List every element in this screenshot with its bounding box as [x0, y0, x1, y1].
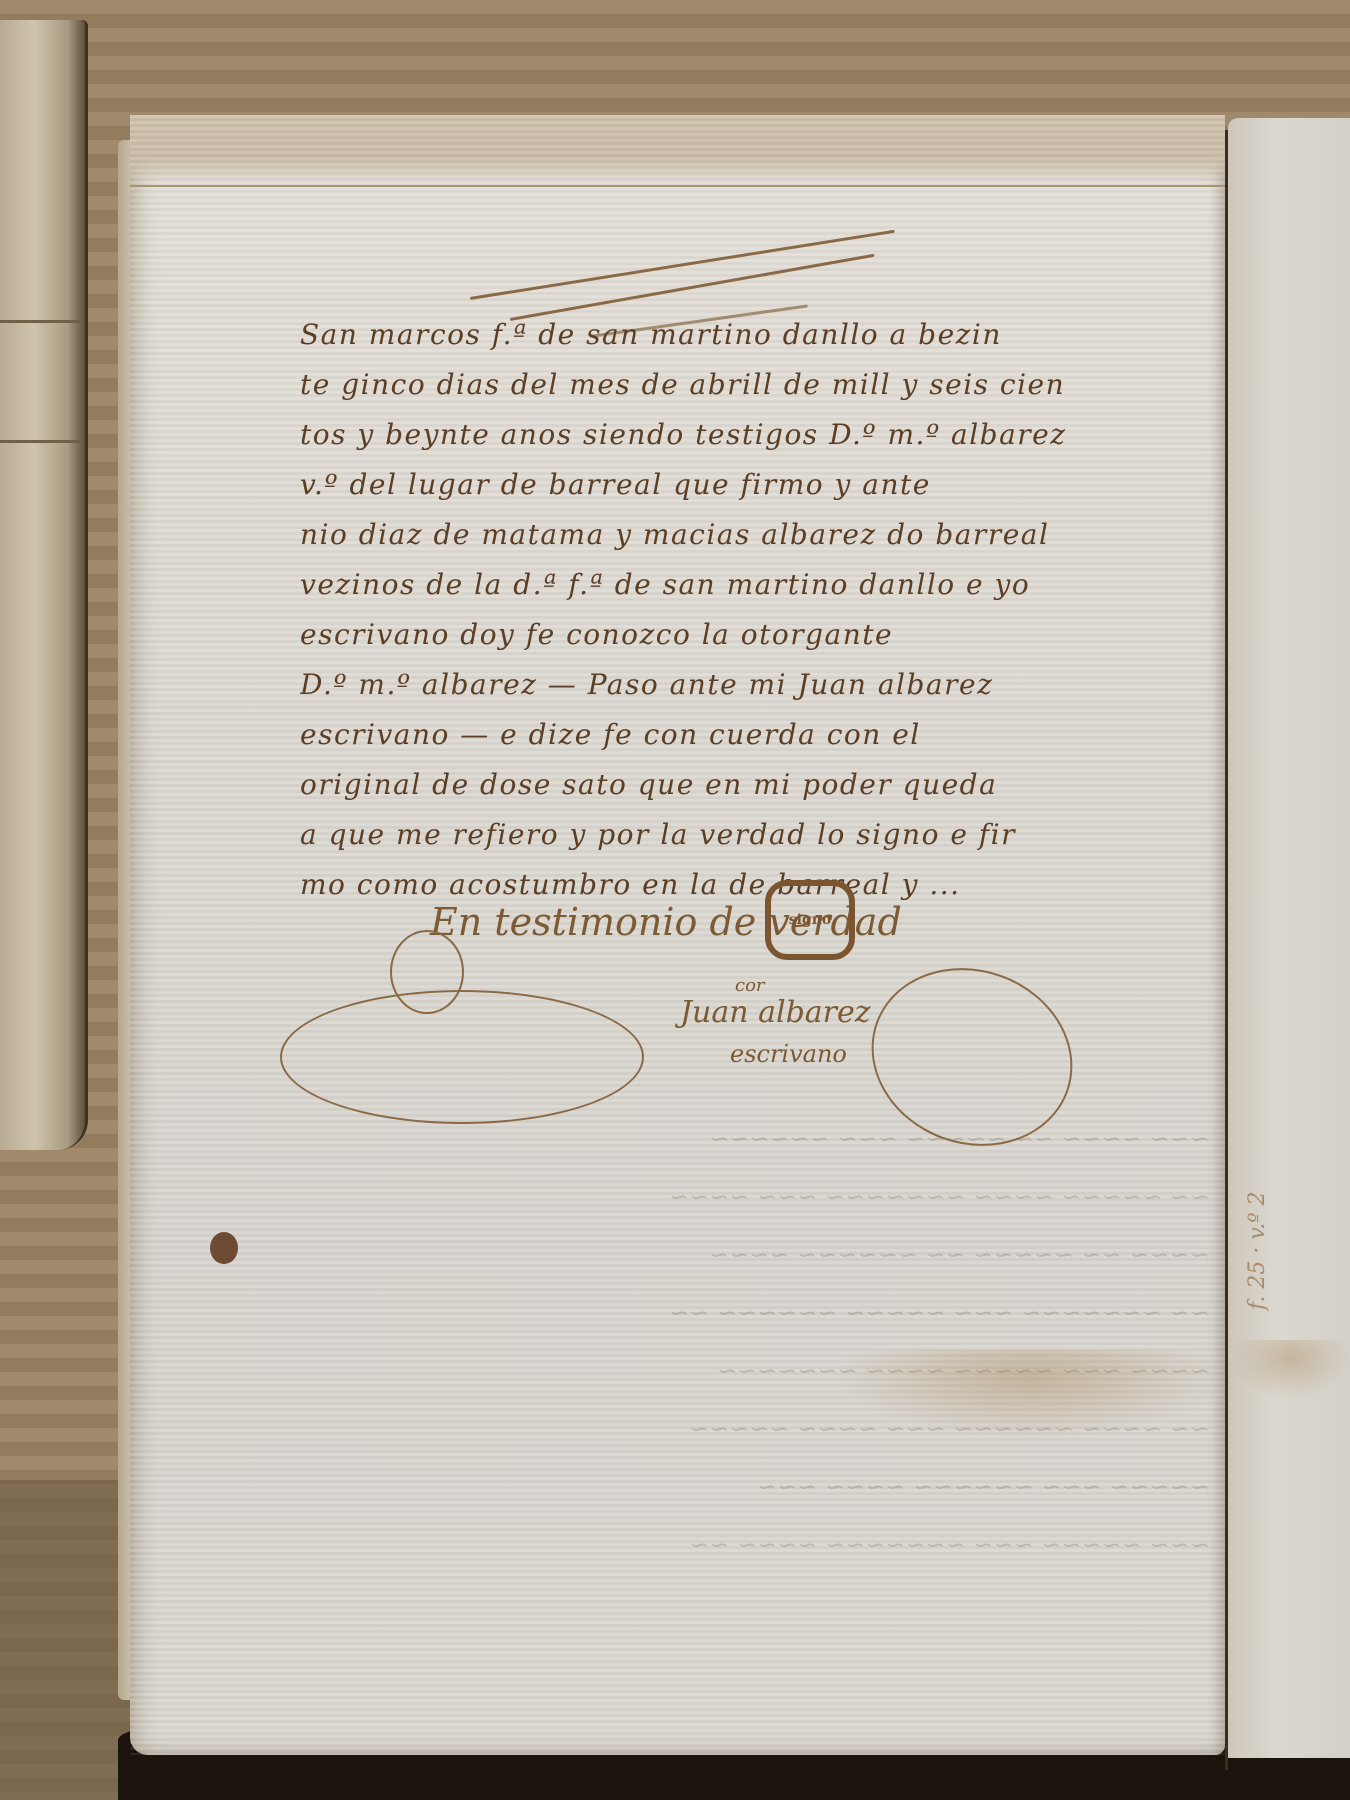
manuscript-line: tos y beynte anos siendo testigos D.º m.… — [300, 410, 1210, 460]
notary-sign-label: signo — [789, 912, 832, 928]
water-stain — [1230, 1340, 1350, 1400]
manuscript-line: vezinos de la d.ª f.ª de san martino dan… — [300, 560, 1210, 610]
bleed-line: ~~ ~~~~ ~~~~~~ ~~~ ~~~~ ~~~~~ — [230, 1400, 1210, 1458]
notary-sign-mark: signo — [765, 880, 855, 960]
bleed-line: ~~ ~~~~~~~ ~~~ ~~~~~ ~~~~~~ ~~ — [230, 1284, 1210, 1342]
manuscript-line: original de dose sato que en mi poder qu… — [300, 760, 1210, 810]
binding-string — [0, 440, 80, 443]
notary-signature-block: En testimonio de verdad signo cor Juan a… — [430, 880, 1220, 1140]
right-page-margin-note: f. 25 · v.º 2 — [1245, 970, 1335, 1310]
notary-name: Juan albarez — [680, 995, 871, 1030]
bleed-line: ~~~~ ~~~ ~~~~~ ~~~~ ~~~~~~~ — [230, 1342, 1210, 1400]
notary-title: escrivano — [730, 1040, 847, 1068]
manuscript-page-right — [1228, 118, 1350, 1758]
adjacent-document-stack — [0, 20, 88, 1150]
bleed-line: ~~ ~~~~~ ~~~~ ~~~~~~~ ~~~ ~~~~ — [230, 1168, 1210, 1226]
manuscript-line: San marcos f.ª de san martino danllo a b… — [300, 310, 1210, 360]
bleed-line: ~~~ ~~~~ ~~ ~~~~~ ~~~ ~~~~~~ — [230, 1110, 1210, 1168]
bleed-through-text: ~~~ ~~~~ ~~ ~~~~~ ~~~ ~~~~~~ ~~ ~~~~~ ~~… — [230, 1110, 1210, 1574]
signature-flourish — [390, 930, 464, 1014]
manuscript-line: nio diaz de matama y macias albarez do b… — [300, 510, 1210, 560]
bleed-line: ~~~ ~~~~~ ~~~ ~~~~~~~ ~~~~ ~~ — [230, 1516, 1210, 1574]
annotation-cor: cor — [735, 975, 765, 996]
manuscript-line: te ginco dias del mes de abrill de mill … — [300, 360, 1210, 410]
manuscript-text: San marcos f.ª de san martino danllo a b… — [300, 310, 1210, 910]
manuscript-line: escrivano doy fe conozco la otorgante — [300, 610, 1210, 660]
manuscript-line: escrivano — e dize fe con cuerda con el — [300, 710, 1210, 760]
bleed-line: ~~~~ ~~ ~~~~~ ~~ ~~~~~~ ~~~~ — [230, 1226, 1210, 1284]
bleed-line: ~~~~~ ~~~ ~~~~~~ ~~~~ ~~~ — [230, 1458, 1210, 1516]
binding-string — [0, 320, 80, 323]
manuscript-line: v.º del lugar de barreal que firmo y ant… — [300, 460, 1210, 510]
signature-flourish — [280, 990, 644, 1124]
manuscript-line: a que me refiero y por la verdad lo sign… — [300, 810, 1210, 860]
manuscript-line: D.º m.º albarez — Paso ante mi Juan alba… — [300, 660, 1210, 710]
